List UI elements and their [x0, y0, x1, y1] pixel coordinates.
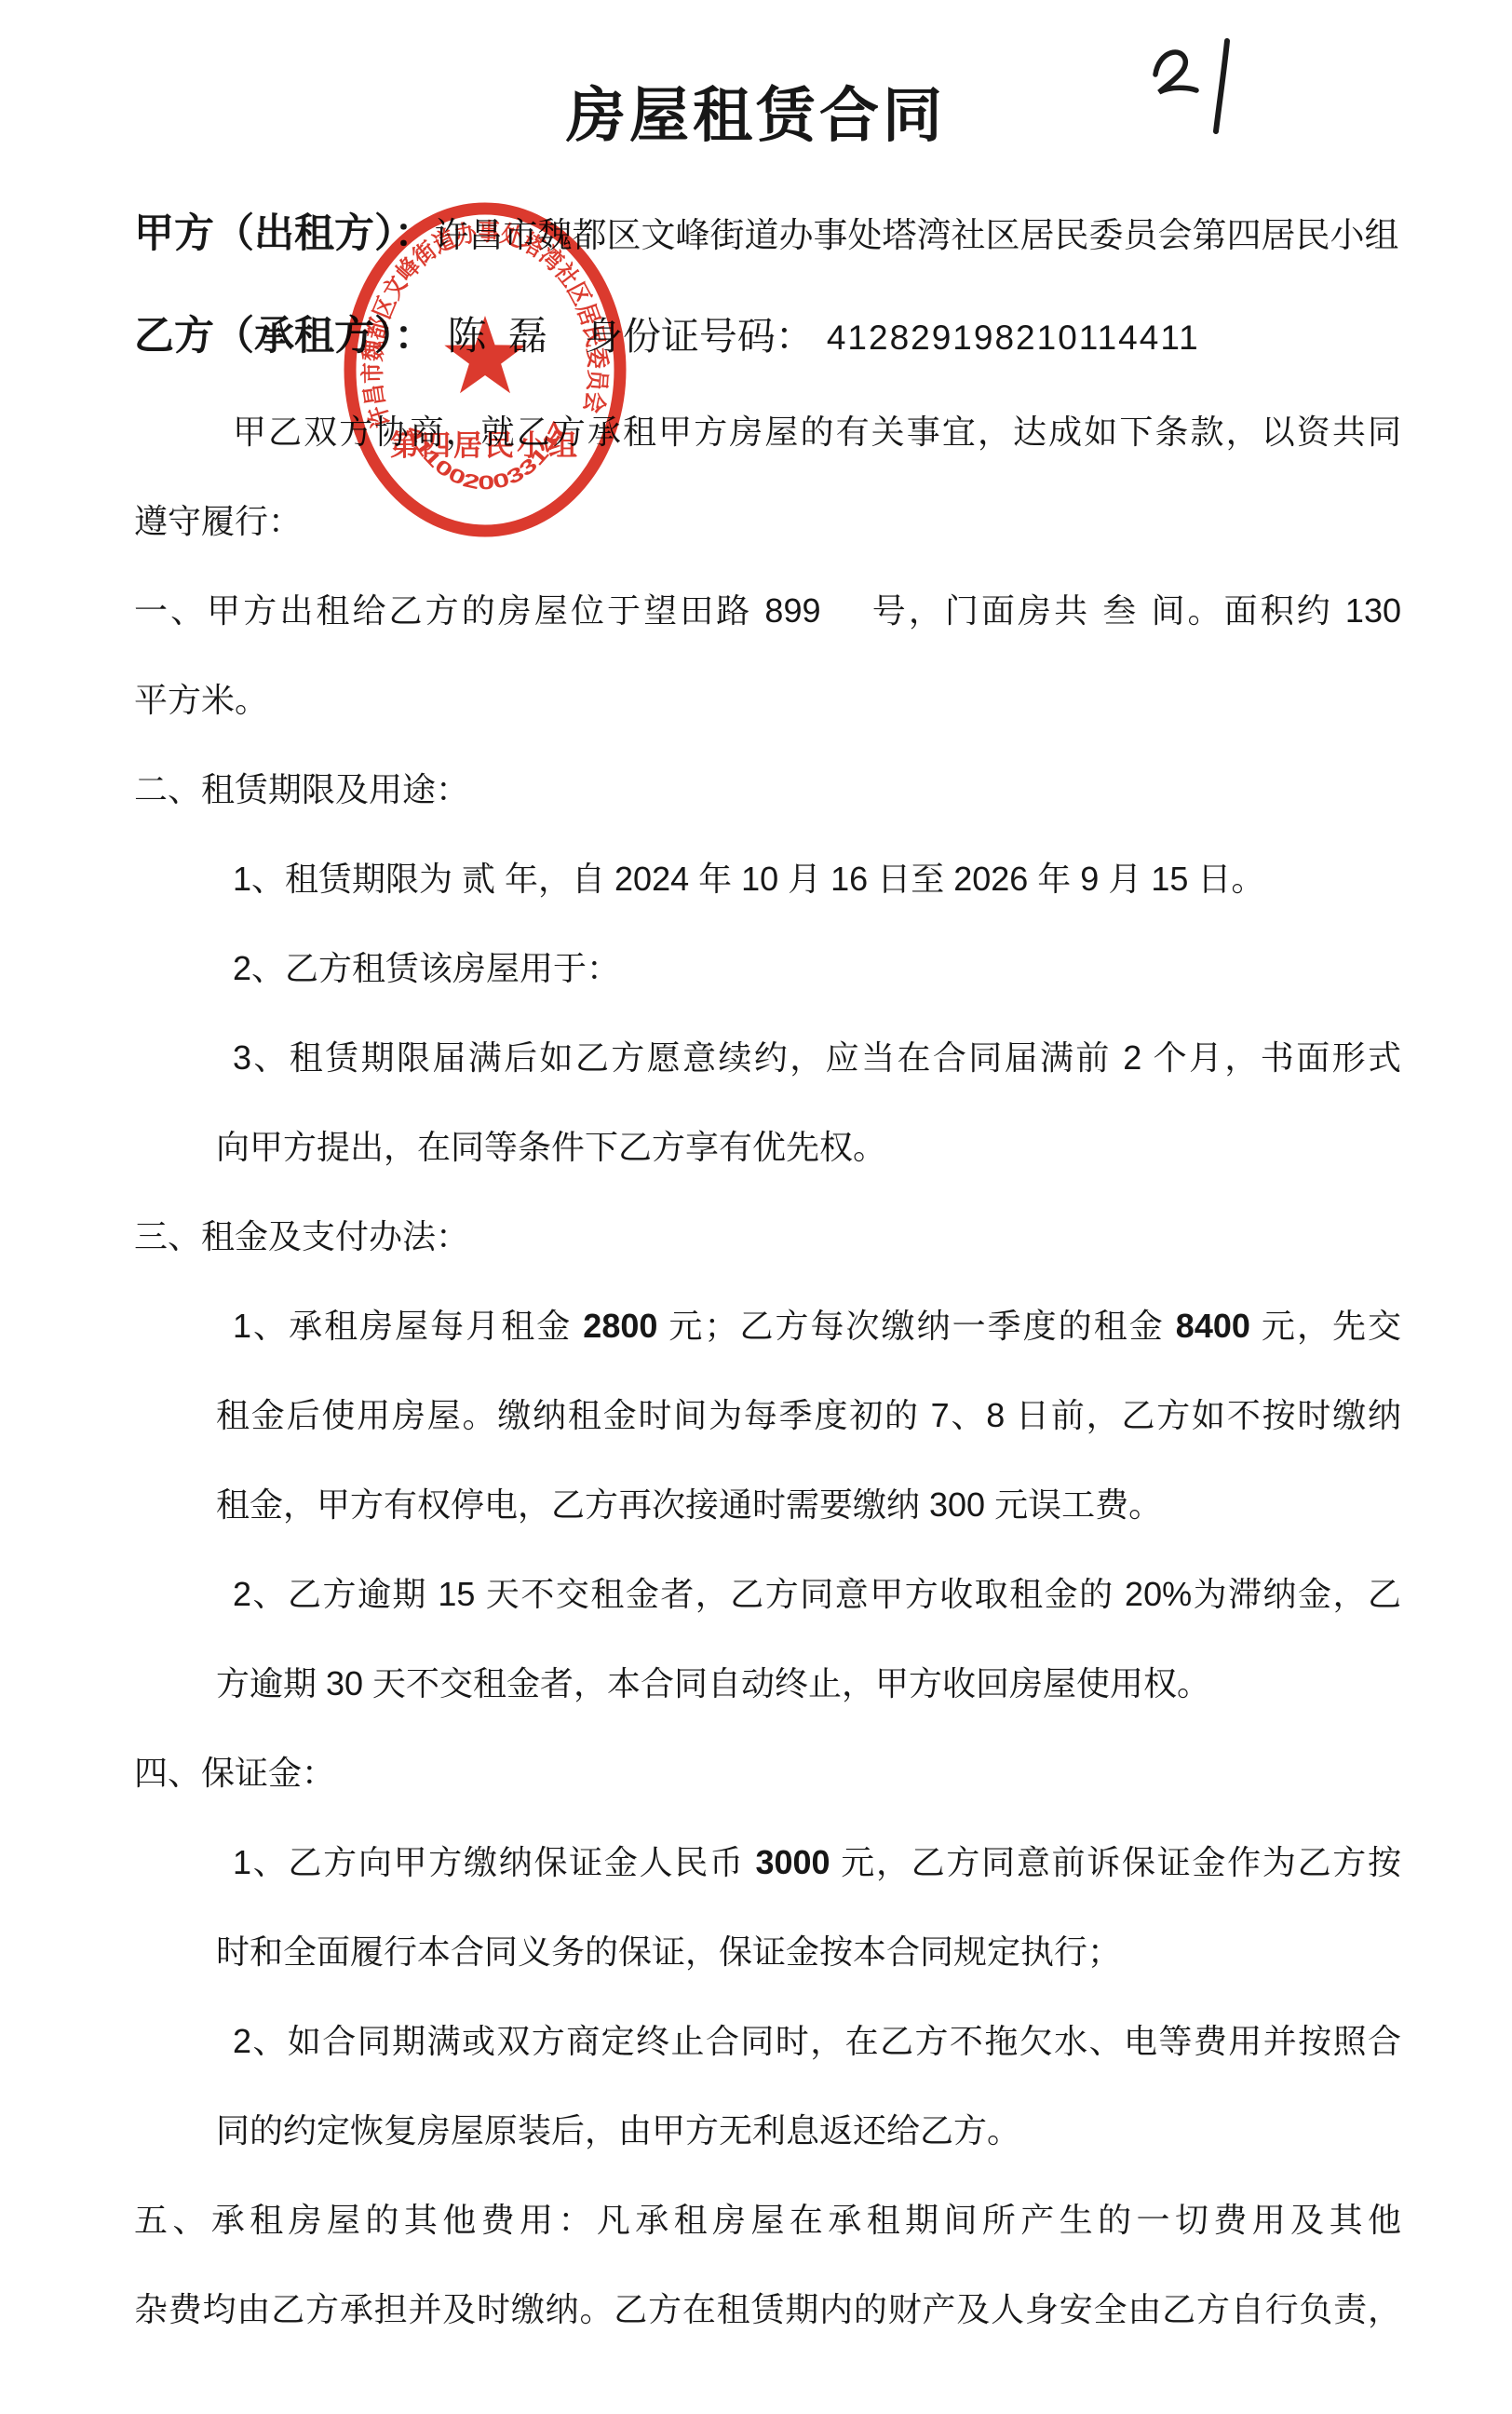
clause4-item-2-line-2: 同的约定恢复房屋原装后，由甲方无利息返还给乙方。: [216, 2086, 1401, 2176]
handwritten-digit-1: [1216, 41, 1227, 131]
contract-page: 21 房屋租赁合同 甲方（出租方）：许昌市魏都区文峰街道办事处塔湾社区居民委员会…: [0, 0, 1512, 2414]
clause2-item-2: 2、乙方租赁该房屋用于：: [216, 924, 1401, 1013]
party-b-id-number: 412829198210114411: [827, 319, 1200, 357]
party-b-name: 陈 磊: [448, 314, 547, 358]
clause3-item-2-line-2: 方逾期 30 天不交租金者，本合同自动终止，甲方收回房屋使用权。: [216, 1639, 1401, 1729]
party-b-id-label: 身份证号码：: [585, 315, 814, 358]
clause2-item-3-line-2: 向甲方提出，在同等条件下乙方享有优先权。: [216, 1103, 1401, 1192]
clause3-item-1-line-1: 1、承租房屋每月租金 2800 元；乙方每次缴纳一季度的租金 8400 元，先交: [216, 1282, 1401, 1371]
handwritten-digit-2: [1155, 52, 1196, 92]
clause4-item-1-line-1: 1、乙方向甲方缴纳保证金人民币 3000 元，乙方同意前诉保证金作为乙方按: [216, 1818, 1401, 1907]
party-a-line: 甲方（出租方）：许昌市魏都区文峰街道办事处塔湾社区居民委员会第四居民小组: [134, 183, 1401, 285]
party-b-line: 乙方（承租方）：陈 磊身份证号码：412829198210114411: [134, 285, 1401, 387]
party-a-name: 许昌市魏都区文峰街道办事处塔湾社区居民委员会第四居民小组: [435, 216, 1399, 254]
preamble-line-2: 遵守履行：: [134, 477, 1401, 566]
document-body: 甲方（出租方）：许昌市魏都区文峰街道办事处塔湾社区居民委员会第四居民小组 乙方（…: [0, 183, 1512, 2354]
clause4-item1-text: 1、乙方向甲方缴纳保证金人民币: [233, 1843, 755, 1881]
clause2-item-1: 1、租赁期限为 贰 年，自 2024 年 10 月 16 日至 2026 年 9…: [216, 834, 1401, 924]
clause4-item1-text: 元，乙方同意前诉保证金作为乙方按: [830, 1843, 1401, 1881]
clause5-line-2: 杂费均由乙方承担并及时缴纳。乙方在租赁期内的财产及人身安全由乙方自行负责，: [134, 2265, 1401, 2354]
preamble-line-1: 甲乙双方协商，就乙方承租甲方房屋的有关事宜，达成如下条款，以资共同: [134, 387, 1401, 477]
clause2-heading: 二、租赁期限及用途：: [134, 745, 1401, 834]
clause2-item-3-line-1: 3、租赁期限届满后如乙方愿意续约，应当在合同届满前 2 个月，书面形式: [216, 1013, 1401, 1103]
clause4-item-1-line-2: 时和全面履行本合同义务的保证，保证金按本合同规定执行；: [216, 1907, 1401, 1997]
clause3-item1-text: 元；乙方每次缴纳一季度的租金: [657, 1307, 1175, 1345]
clause1-line-2: 平方米。: [134, 656, 1401, 745]
party-a-label: 甲方（出租方）：: [134, 211, 435, 256]
handwritten-page-number: 21: [1141, 35, 1252, 142]
quarterly-rent-amount: 8400: [1176, 1307, 1250, 1345]
document-title: 房屋租赁合同: [0, 73, 1512, 158]
monthly-rent-amount: 2800: [583, 1307, 657, 1345]
clause3-item-1-line-2: 租金后使用房屋。缴纳租金时间为每季度初的 7、8 日前，乙方如不按时缴纳: [216, 1371, 1401, 1460]
clause5-line-1: 五、承租房屋的其他费用：凡承租房屋在承租期间所产生的一切费用及其他: [134, 2176, 1401, 2265]
clause4-heading: 四、保证金：: [134, 1729, 1401, 1818]
deposit-amount: 3000: [755, 1843, 830, 1881]
clause3-item1-text: 1、承租房屋每月租金: [233, 1307, 583, 1345]
clause3-item-2-line-1: 2、乙方逾期 15 天不交租金者，乙方同意甲方收取租金的 20%为滞纳金，乙: [216, 1550, 1401, 1639]
party-b-label: 乙方（承租方）：: [134, 314, 435, 359]
clause4-item-2-line-1: 2、如合同期满或双方商定终止合同时，在乙方不拖欠水、电等费用并按照合: [216, 1997, 1401, 2086]
clause1-line-1: 一、甲方出租给乙方的房屋位于望田路 899 号，门面房共 叁 间。面积约 130: [134, 566, 1401, 656]
clause3-item1-text: 元，先交: [1250, 1307, 1401, 1345]
clause3-heading: 三、租金及支付办法：: [134, 1192, 1401, 1282]
clause3-item-1-line-3: 租金，甲方有权停电，乙方再次接通时需要缴纳 300 元误工费。: [216, 1460, 1401, 1550]
